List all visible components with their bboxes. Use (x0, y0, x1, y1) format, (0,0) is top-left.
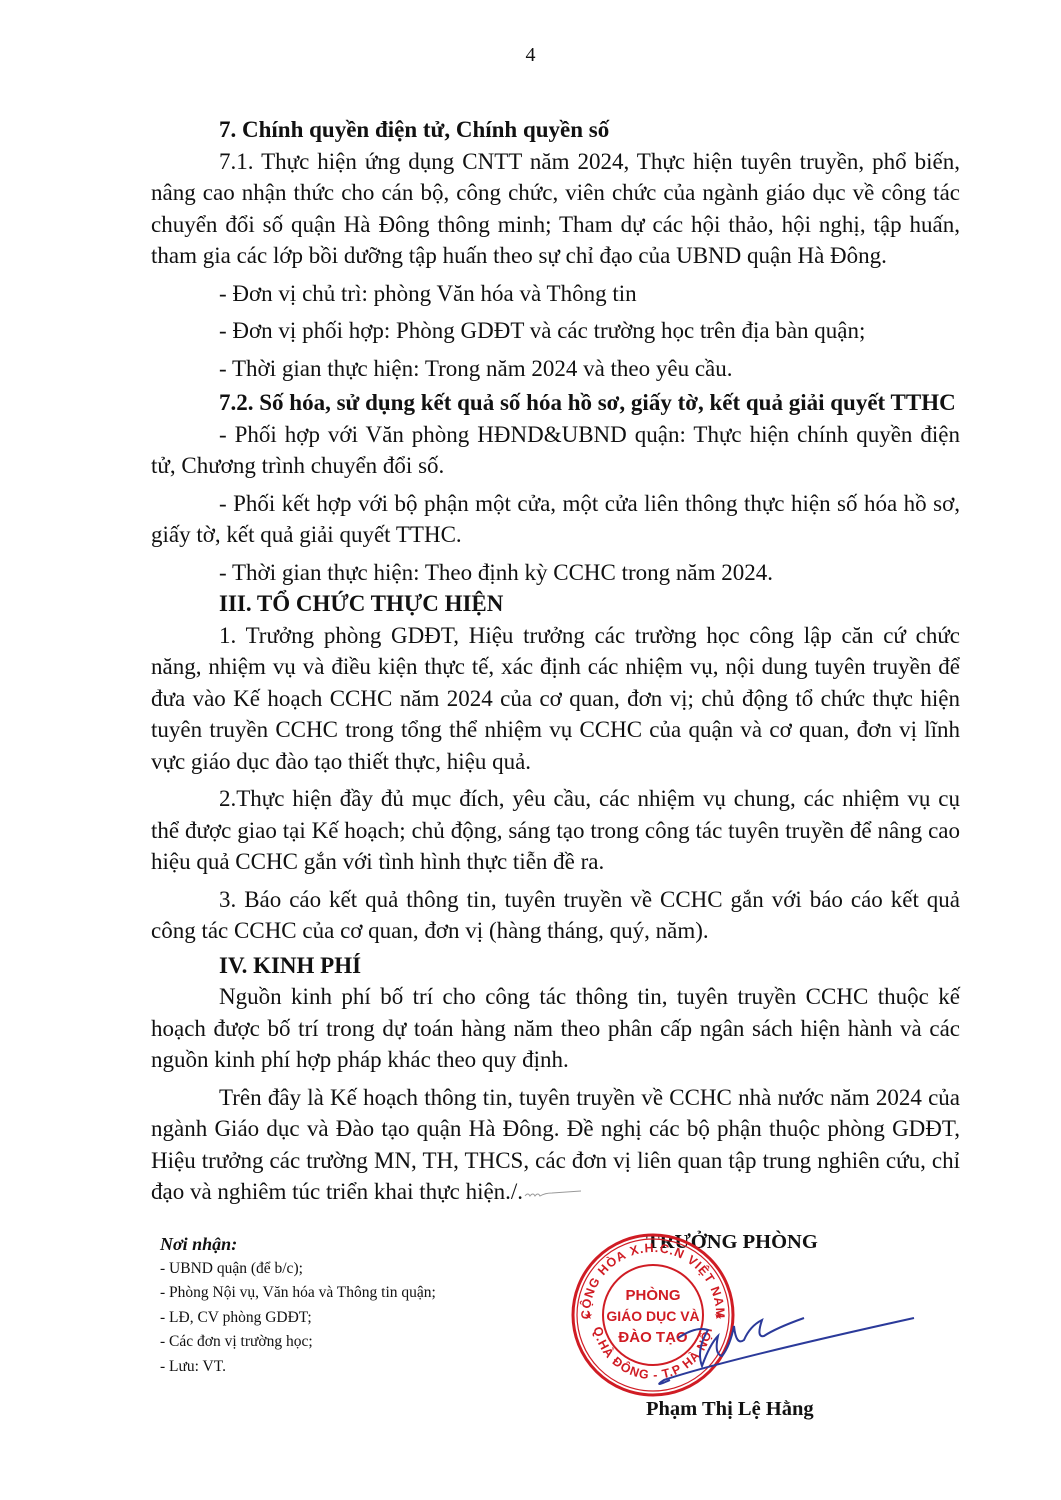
section-7-heading: 7. Chính quyền điện tử, Chính quyền số (151, 114, 960, 146)
recipient-item: - UBND quận (để b/c); (160, 1257, 436, 1282)
section-3-heading: III. TỔ CHỨC THỰC HIỆN (151, 588, 960, 620)
list-item: 1. Trưởng phòng GDĐT, Hiệu trưởng các tr… (151, 620, 960, 778)
list-item: - Thời gian thực hiện: Trong năm 2024 và… (151, 353, 960, 385)
list-item: - Đơn vị phối hợp: Phòng GDĐT và các trư… (151, 315, 960, 347)
recipient-item: - LĐ, CV phòng GDĐT; (160, 1306, 436, 1331)
section-4-heading: IV. KINH PHÍ (151, 950, 960, 982)
list-item: 3. Báo cáo kết quả thông tin, tuyên truy… (151, 884, 960, 947)
list-item: 2.Thực hiện đầy đủ mục đích, yêu cầu, cá… (151, 783, 960, 878)
initials-scribble-icon (523, 1189, 583, 1199)
closing-paragraph: Trên đây là Kế hoạch thông tin, tuyên tr… (151, 1082, 960, 1208)
recipient-item: - Lưu: VT. (160, 1355, 436, 1380)
signer-name: Phạm Thị Lệ Hằng (646, 1398, 814, 1421)
recipient-item: - Phòng Nội vụ, Văn hóa và Thông tin quậ… (160, 1281, 436, 1306)
list-item: - Phối kết hợp với bộ phận một cửa, một … (151, 488, 960, 551)
recipients-block: Nơi nhận: - UBND quận (để b/c); - Phòng … (160, 1232, 436, 1379)
svg-text:★: ★ (584, 1311, 593, 1322)
document-body: 7. Chính quyền điện tử, Chính quyền số 7… (151, 114, 960, 1208)
list-item: - Thời gian thực hiện: Theo định kỳ CCHC… (151, 557, 960, 589)
recipient-item: - Các đơn vị trường học; (160, 1330, 436, 1355)
list-item: - Phối hợp với Văn phòng HĐND&UBND quận:… (151, 419, 960, 482)
recipients-title: Nơi nhận: (160, 1232, 436, 1257)
section-7-1-paragraph: 7.1. Thực hiện ứng dụng CNTT năm 2024, T… (151, 146, 960, 272)
funding-paragraph: Nguồn kinh phí bố trí cho công tác thông… (151, 981, 960, 1076)
page-number: 4 (0, 44, 1061, 67)
section-7-2-heading: 7.2. Số hóa, sử dụng kết quả số hóa hồ s… (151, 387, 960, 419)
handwritten-signature-icon (620, 1268, 920, 1408)
list-item: - Đơn vị chủ trì: phòng Văn hóa và Thông… (151, 278, 960, 310)
